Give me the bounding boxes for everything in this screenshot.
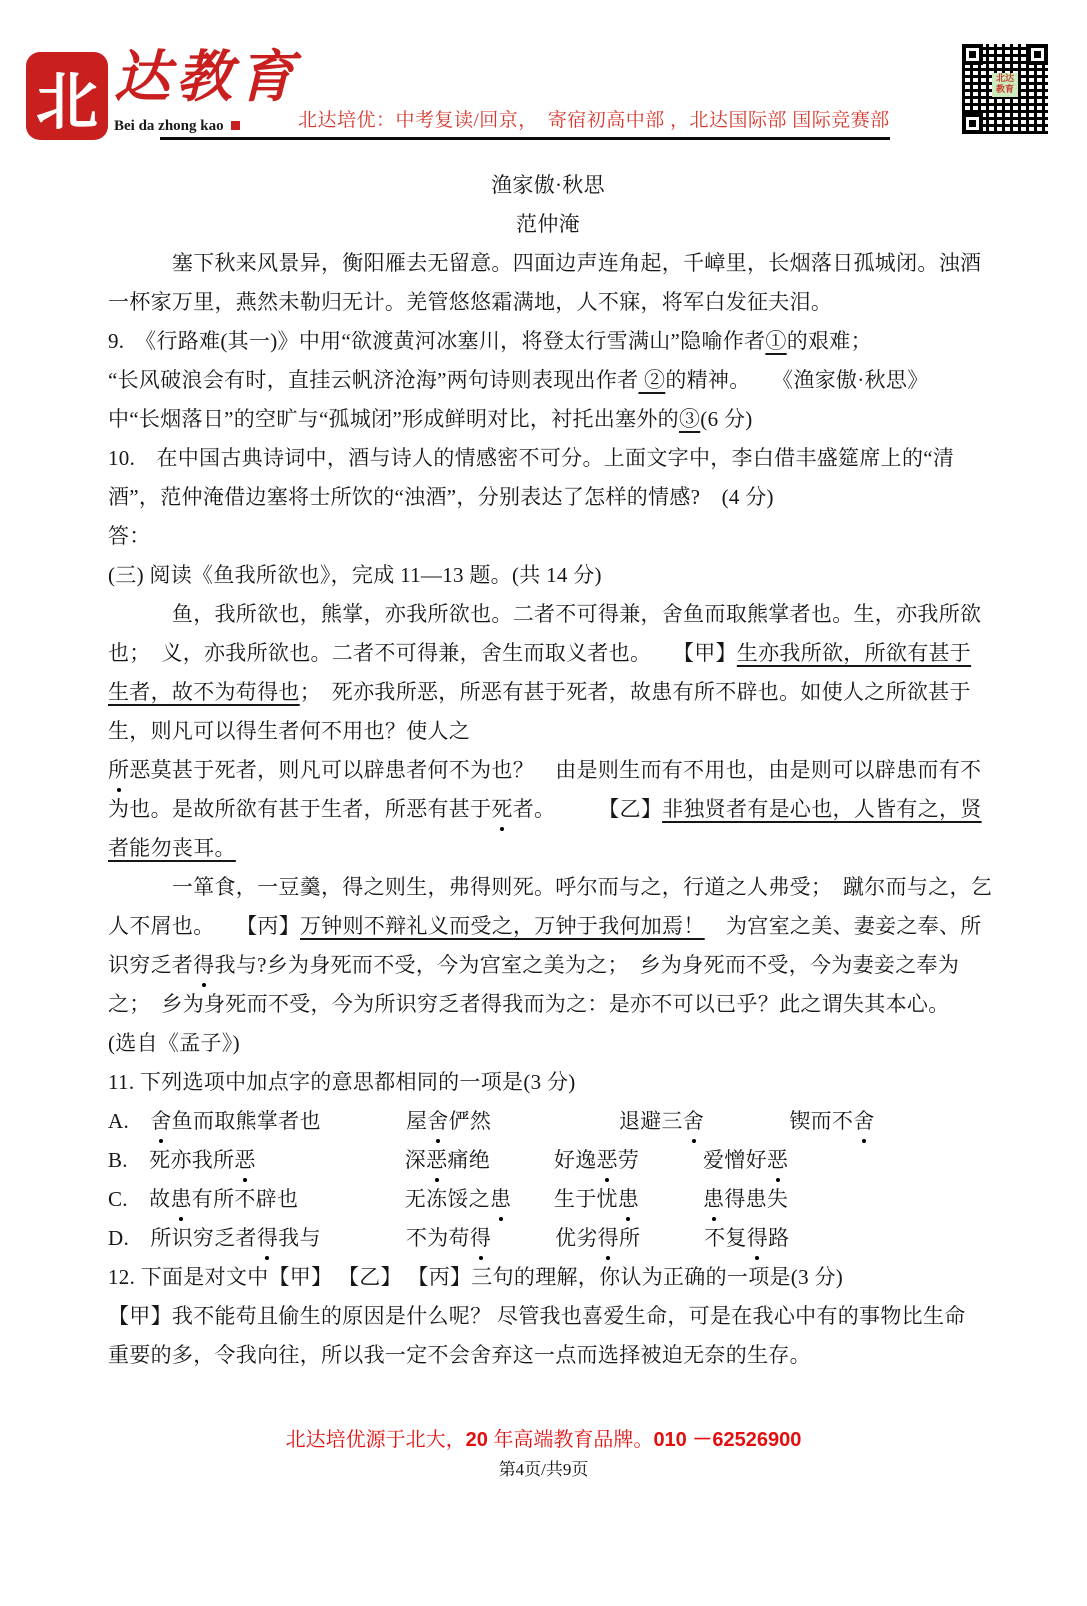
text-run: 非独贤者有是心也，人皆有之，贤 — [662, 797, 982, 821]
text-line: 所恶莫甚于死者，则凡可以辟患者何不为也？ 由是则生而有不用也，由是则可以辟患而有… — [108, 751, 988, 790]
dotted-char: 恶 — [234, 1141, 255, 1180]
dotted-char: 所 — [108, 751, 129, 790]
text-run: 10. 在中国古典诗词中，酒与诗人的情感密不可分。上面文字中，李白借丰盛筵席上的… — [108, 446, 954, 470]
text-run: 也； 义，亦我所欲也。二者不可得兼，舍生而取义者也。 【甲】 — [108, 641, 737, 665]
text-run: 路 — [768, 1226, 789, 1250]
dotted-char: 舍 — [427, 1102, 448, 1141]
logo-stamp-icon: 北 — [28, 54, 106, 138]
text-run: ① — [765, 329, 786, 353]
text-line: (选自《孟子》) — [108, 1024, 988, 1063]
exam-page: 北 达教育 Bei da zhong kao 北达培优：中考复读/回京， 寄宿初… — [0, 0, 1087, 1606]
text-run: 鱼，我所欲也，熊掌，亦我所欲也。二者不可得兼，舍鱼而取熊掌者也。生，亦我所欲 — [108, 602, 981, 626]
text-line: 之； 乡为身死而不受，今为所识穷乏者得我而为之：是亦不可以已乎？此之谓失其本心。 — [108, 985, 988, 1024]
footer-slogan: 北达培优源于北大，20 年高端教育品牌。010 －62526900 — [0, 1427, 1087, 1453]
text-run: 优劣 — [491, 1226, 598, 1250]
text-run: 11. 下列选项中加点字的意思都相同的一项是(3 分) — [108, 1070, 576, 1094]
dotted-char: 得 — [598, 1219, 619, 1258]
logo-subtitle: Bei da zhong kao — [114, 118, 240, 135]
text-run: 的精神。 《渔家傲·秋思》 — [665, 368, 928, 392]
document-body: 渔家傲·秋思范仲淹 塞下秋来风景异，衡阳雁去无留意。四面边声连角起，千嶂里，长烟… — [108, 166, 988, 1375]
text-line: 生者，故不为苟得也； 死亦我所恶，所恶有甚于死者，故患有所不辟也。如使人之所欲甚… — [108, 673, 988, 712]
text-run: 者。 【乙】 — [513, 797, 662, 821]
text-run: 我与 不为苟 — [278, 1226, 470, 1250]
text-run: D. 所识穷乏者 — [108, 1226, 257, 1250]
text-line: 9. 《行路难(其一)》中用“欲渡黄河冰塞川，将登太行雪满山”隐喻作者①的艰难； — [108, 322, 988, 361]
text-run: 重要的多，令我向往，所以我一定不会舍弃这一点而选择被迫无奈的生存。 — [108, 1343, 811, 1367]
text-run: (选自《孟子》) — [108, 1031, 240, 1055]
text-line: 渔家傲·秋思 — [108, 166, 988, 205]
text-run: B. 死亦我所 — [108, 1148, 234, 1172]
text-run: 12. 下面是对文中【甲】 【乙】 【丙】三句的理解，你认为正确的一项是(3 分… — [108, 1265, 843, 1289]
text-run: 一箪食，一豆羹，得之则生，弗得则死。呼尔而与之，行道之人弗受； 蹴尔而与之，乞 — [108, 875, 992, 899]
dotted-char: 死 — [491, 790, 512, 829]
text-line: 人不屑也。 【丙】万钟则不辩礼义而受之，万钟于我何加焉！ 为宫室之美、妻妾之奉、… — [108, 907, 988, 946]
dotted-char: 得 — [470, 1219, 491, 1258]
text-run: 我与?乡为身死而不受，今为宫室之美为之； 乡为身死而不受，今为妻妾之奉为 — [215, 953, 960, 977]
text-run: 010 －62526900 — [653, 1429, 801, 1451]
dotted-char: 恶 — [426, 1141, 447, 1180]
text-run: 得患失 — [724, 1187, 788, 1211]
text-line: 识穷乏者得我与?乡为身死而不受，今为宫室之美为之； 乡为身死而不受，今为妻妾之奉… — [108, 946, 988, 985]
text-run: 生，则凡可以得生者何不用也？使人之 — [108, 719, 470, 743]
text-run: 为也。是故所欲有甚于生者，所恶有甚于 — [108, 797, 491, 821]
text-line: 11. 下列选项中加点字的意思都相同的一项是(3 分) — [108, 1063, 988, 1102]
text-run: 痛绝 好逸 — [447, 1148, 596, 1172]
dotted-char: 舍 — [853, 1102, 874, 1141]
text-run: A. — [108, 1109, 150, 1133]
text-line: 为也。是故所欲有甚于生者，所恶有甚于死者。 【乙】非独贤者有是心也，人皆有之，贤 — [108, 790, 988, 829]
text-run: 塞下秋来风景异，衡阳雁去无留意。四面边声连角起，千嶂里，长烟落日孤城闭。浊酒 — [108, 251, 981, 275]
text-run: 为宫室之美、妻妾之奉、所 — [705, 914, 982, 938]
text-run: 生者，故不为苟得也 — [108, 680, 300, 704]
text-run: 有所不辟也 无冻馁之 — [192, 1187, 490, 1211]
dotted-char: 舍 — [683, 1102, 704, 1141]
dotted-char: 得 — [193, 946, 214, 985]
qr-finder-icon — [962, 113, 983, 134]
text-run: C. 故 — [108, 1187, 170, 1211]
text-line: 酒”，范仲淹借边塞将士所饮的“浊酒”，分别表达了怎样的情感? (4 分) — [108, 478, 988, 517]
dotted-char: 得 — [257, 1219, 278, 1258]
text-line: 重要的多，令我向往，所以我一定不会舍弃这一点而选择被迫无奈的生存。 — [108, 1336, 988, 1375]
text-run: 【甲】我不能苟且偷生的原因是什么呢？ 尽管我也喜爱生命，可是在我心中有的事物比生… — [108, 1304, 966, 1328]
text-run: 劳 爱憎好 — [618, 1148, 767, 1172]
text-run: ③ — [679, 407, 700, 431]
dotted-char: 患 — [490, 1180, 511, 1219]
text-run: 9. 《行路难(其一)》中用“欲渡黄河冰塞川，将登太行雪满山”隐喻作者 — [108, 329, 765, 353]
text-run: (三) 阅读《鱼我所欲也》，完成 11—13 题。(共 14 分) — [108, 563, 602, 587]
text-run: 人不屑也。 【丙】 — [108, 914, 300, 938]
text-run: 生亦我所欲，所欲有甚于 — [737, 641, 971, 665]
text-line: 塞下秋来风景异，衡阳雁去无留意。四面边声连角起，千嶂里，长烟落日孤城闭。浊酒 — [108, 244, 988, 283]
text-line: 答： — [108, 517, 988, 556]
qr-code-icon: 北达教育 — [962, 44, 1048, 134]
text-run: 者能勿丧耳。 — [108, 836, 236, 860]
text-run: 酒”，范仲淹借边塞将士所饮的“浊酒”，分别表达了怎样的情感? (4 分) — [108, 485, 774, 509]
text-line: 范仲淹 — [108, 205, 988, 244]
text-line: 也； 义，亦我所欲也。二者不可得兼，舍生而取义者也。 【甲】生亦我所欲，所欲有甚… — [108, 634, 988, 673]
text-line: 生，则凡可以得生者何不用也？使人之 — [108, 712, 988, 751]
text-run: 20 — [466, 1429, 494, 1451]
text-line: D. 所识穷乏者得我与 不为苟得 优劣得所 不复得路 — [108, 1219, 988, 1258]
text-run: 鱼而取熊掌者也 屋 — [172, 1109, 428, 1133]
page-number: 第4页/共9页 — [0, 1459, 1087, 1481]
text-run: 渔家傲·秋思 — [491, 173, 605, 197]
text-run: 俨然 退避三 — [449, 1109, 683, 1133]
text-run: 年高端教育品牌。 — [493, 1429, 653, 1451]
text-run: 锲而不 — [704, 1109, 853, 1133]
text-run: 中“长烟落日”的空旷与“孤城闭”形成鲜明对比，衬托出塞外的 — [108, 407, 679, 431]
text-run: 一杯家万里，燕然未勒归无计。羌管悠悠霜满地，人不寐，将军白发征夫泪。 — [108, 290, 832, 314]
text-run: 范仲淹 — [516, 212, 580, 236]
dotted-char: 患 — [618, 1180, 639, 1219]
text-line: B. 死亦我所恶 深恶痛绝 好逸恶劳 爱憎好恶 — [108, 1141, 988, 1180]
text-run: 恶莫甚于死者，则凡可以辟患者何不为也？ 由是则生而有不用也，由是则可以辟患而有不 — [129, 758, 981, 782]
logo-brand-text: 达教育 — [114, 48, 300, 108]
dotted-char: 患 — [170, 1180, 191, 1219]
text-run: 生于忧 — [511, 1187, 618, 1211]
text-line: (三) 阅读《鱼我所欲也》，完成 11—13 题。(共 14 分) — [108, 556, 988, 595]
text-line: 者能勿丧耳。 — [108, 829, 988, 868]
header-slogan: 北达培优：中考复读/回京， 寄宿初高中部 ，北达国际部 国际竞赛部 — [298, 108, 898, 134]
text-run: 深 — [256, 1148, 426, 1172]
text-run: 万钟则不辩礼义而受之，万钟于我何加焉！ — [300, 914, 705, 938]
dotted-char: 恶 — [767, 1141, 788, 1180]
text-line: 鱼，我所欲也，熊掌，亦我所欲也。二者不可得兼，舍鱼而取熊掌者也。生，亦我所欲 — [108, 595, 988, 634]
qr-finder-icon — [1027, 44, 1048, 65]
text-line: 12. 下面是对文中【甲】 【乙】 【丙】三句的理解，你认为正确的一项是(3 分… — [108, 1258, 988, 1297]
header-divider — [160, 137, 890, 140]
text-run: “长风破浪会有时，直挂云帆济沧海”两句诗则表现出作者 — [108, 368, 638, 392]
text-run: (6 分) — [700, 407, 752, 431]
text-line: 【甲】我不能苟且偷生的原因是什么呢？ 尽管我也喜爱生命，可是在我心中有的事物比生… — [108, 1297, 988, 1336]
text-run — [639, 1187, 703, 1211]
text-run: 识穷乏者 — [108, 953, 193, 977]
logo-stamp-char: 北 — [36, 52, 98, 141]
dotted-char: 舍 — [150, 1102, 171, 1141]
dotted-char: 恶 — [597, 1141, 618, 1180]
text-run: 所 不复 — [619, 1226, 747, 1250]
text-line: 中“长烟落日”的空旷与“孤城闭”形成鲜明对比，衬托出塞外的③(6 分) — [108, 400, 988, 439]
text-line: C. 故患有所不辟也 无冻馁之患 生于忧患 患得患失 — [108, 1180, 988, 1219]
text-run: ② — [638, 368, 665, 392]
text-line: A. 舍鱼而取熊掌者也 屋舍俨然 退避三舍 锲而不舍 — [108, 1102, 988, 1141]
qr-finder-icon — [962, 44, 983, 65]
text-run: 答： — [108, 524, 151, 548]
logo-red-square-icon — [231, 121, 240, 130]
text-line: 一杯家万里，燕然未勒归无计。羌管悠悠霜满地，人不寐，将军白发征夫泪。 — [108, 283, 988, 322]
dotted-char: 患 — [703, 1180, 724, 1219]
text-run: ； 死亦我所恶，所恶有甚于死者，故患有所不辟也。如使人之所欲甚于 — [300, 680, 971, 704]
text-line: 一箪食，一豆羹，得之则生，弗得则死。呼尔而与之，行道之人弗受； 蹴尔而与之，乞 — [108, 868, 988, 907]
text-line: 10. 在中国古典诗词中，酒与诗人的情感密不可分。上面文字中，李白借丰盛筵席上的… — [108, 439, 988, 478]
logo-subtitle-text: Bei da zhong kao — [114, 118, 224, 134]
text-run: 北达培优源于北大， — [286, 1429, 466, 1451]
dotted-char: 得 — [747, 1219, 768, 1258]
qr-center-label: 北达教育 — [992, 73, 1018, 97]
text-run: 的艰难； — [787, 329, 872, 353]
text-line: “长风破浪会有时，直挂云帆济沧海”两句诗则表现出作者 ②的精神。 《渔家傲·秋思… — [108, 361, 988, 400]
text-run: 之； 乡为身死而不受，今为所识穷乏者得我而为之：是亦不可以已乎？此之谓失其本心。 — [108, 992, 950, 1016]
